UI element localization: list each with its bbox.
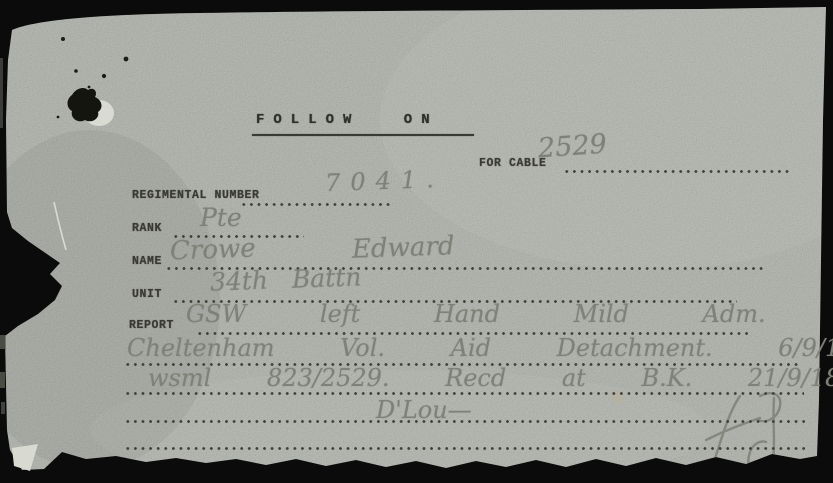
dotted-line-cable [563, 168, 793, 173]
page-title: FOLLOW ON [256, 112, 439, 128]
report-label: REPORT [129, 319, 174, 332]
unit-handwritten: 34th Battn [210, 262, 362, 296]
dotted-line-regimental-number [240, 201, 392, 206]
name-label: NAME [132, 255, 162, 268]
name-surname-handwritten: Crowe [170, 234, 257, 267]
unit-label: UNIT [132, 288, 162, 301]
report-line1-handwritten: GSW left Hand Mild Adm. [186, 300, 766, 328]
form-content: FOLLOW ON FOR CABLE 2529 REGIMENTAL NUMB… [0, 0, 833, 483]
title-underline [252, 134, 474, 136]
report-signature-handwritten: D'Lou— [376, 396, 472, 424]
cable-number-handwritten: 2529 [537, 129, 608, 165]
dotted-line-report5 [124, 445, 806, 450]
rank-label: RANK [132, 222, 162, 235]
report-line3-handwritten: wsml 823/2529. Recd at B.K. 21/9/18. [148, 364, 833, 392]
cable-label: FOR CABLE [479, 157, 547, 170]
regimental-number-handwritten: 7041. [325, 165, 445, 197]
name-given-handwritten: Edward [352, 231, 455, 265]
scanned-document: FOLLOW ON FOR CABLE 2529 REGIMENTAL NUMB… [0, 0, 833, 483]
report-line2-handwritten: Cheltenham Vol. Aid Detachment. 6/9/18 [127, 334, 833, 362]
rank-handwritten: Pte [200, 203, 242, 232]
